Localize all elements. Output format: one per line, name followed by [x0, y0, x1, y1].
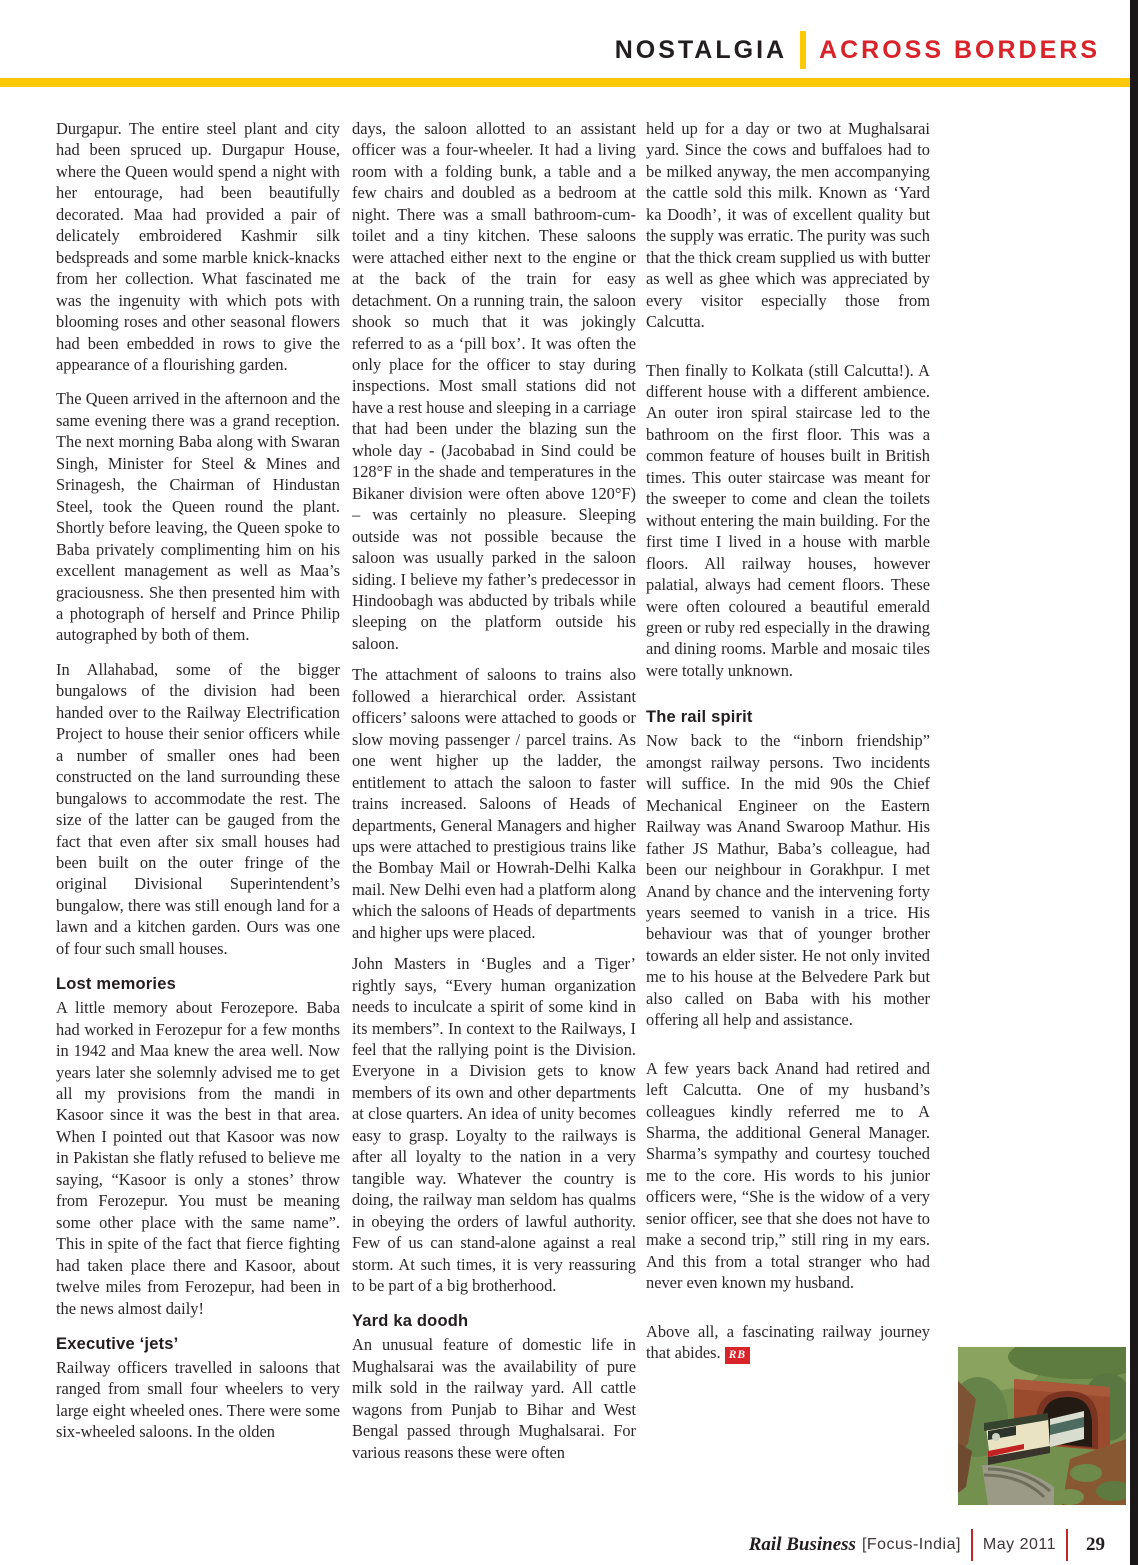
section-heading-executive-jets: Executive ‘jets’	[56, 1335, 340, 1354]
section-label: NOSTALGIA	[615, 36, 787, 65]
yellow-rule	[0, 78, 1130, 87]
paragraph: The attachment of saloons to trains also…	[352, 664, 636, 943]
header-separator-bar	[800, 31, 806, 69]
paragraph: The Queen arrived in the afternoon and t…	[56, 388, 340, 645]
paragraph: held up for a day or two at Mughalsarai …	[646, 118, 930, 333]
section-heading-lost-memories: Lost memories	[56, 975, 340, 994]
paragraph: An unusual feature of domestic life in M…	[352, 1334, 636, 1463]
column-1: Durgapur. The entire steel plant and cit…	[56, 118, 340, 1518]
column-3: held up for a day or two at Mughalsarai …	[646, 118, 930, 1518]
train-photo	[958, 1347, 1126, 1505]
magazine-name: Rail Business	[749, 1534, 856, 1556]
page-edge-stripe	[1130, 0, 1138, 1565]
paragraph: Then finally to Kolkata (still Calcutta!…	[646, 360, 930, 682]
train-tunnel-illustration	[958, 1347, 1126, 1505]
paragraph: Now back to the “inborn friendship” amon…	[646, 730, 930, 1030]
paragraph: Durgapur. The entire steel plant and cit…	[56, 118, 340, 375]
issue-date: May 2011	[983, 1536, 1056, 1554]
paragraph: A few years back Anand had retired and l…	[646, 1058, 930, 1294]
page-number: 29	[1086, 1534, 1105, 1556]
column-2: days, the saloon allotted to an assistan…	[352, 118, 636, 1518]
section-heading-the-rail-spirit: The rail spirit	[646, 708, 930, 727]
page-header: NOSTALGIA ACROSS BORDERS	[0, 30, 1100, 70]
paragraph: A little memory about Ferozepore. Baba h…	[56, 997, 340, 1319]
paragraph: days, the saloon allotted to an assistan…	[352, 118, 636, 654]
section-heading-yard-ka-doodh: Yard ka doodh	[352, 1312, 636, 1331]
article-title: ACROSS BORDERS	[819, 36, 1100, 65]
closing-text: Above all, a fascinating railway journey…	[646, 1322, 930, 1362]
paragraph: Railway officers travelled in saloons th…	[56, 1357, 340, 1443]
magazine-page: NOSTALGIA ACROSS BORDERS Durgapur. The e…	[0, 0, 1138, 1565]
end-mark-badge: RB	[725, 1347, 750, 1364]
page-footer: Rail Business [Focus-India] May 2011 29	[0, 1528, 1105, 1562]
edition-label: [Focus-India]	[862, 1536, 961, 1554]
paragraph: John Masters in ‘Bugles and a Tiger’ rig…	[352, 953, 636, 1296]
footer-separator	[971, 1529, 973, 1561]
footer-separator	[1066, 1529, 1068, 1561]
paragraph: In Allahabad, some of the bigger bungalo…	[56, 659, 340, 959]
closing-paragraph: Above all, a fascinating railway journey…	[646, 1321, 930, 1364]
